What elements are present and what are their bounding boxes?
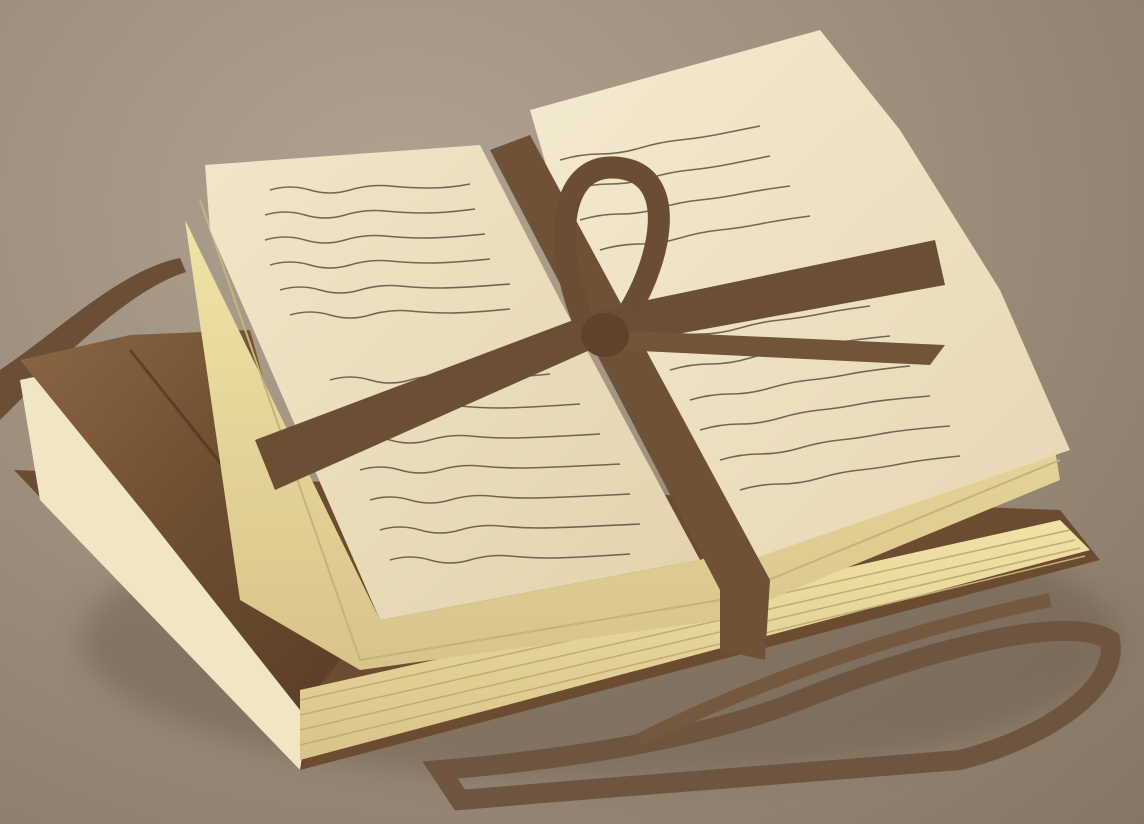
books-illustration: [0, 0, 1144, 824]
photo-scene: Stack of antique handwritten books tied …: [0, 0, 1144, 824]
